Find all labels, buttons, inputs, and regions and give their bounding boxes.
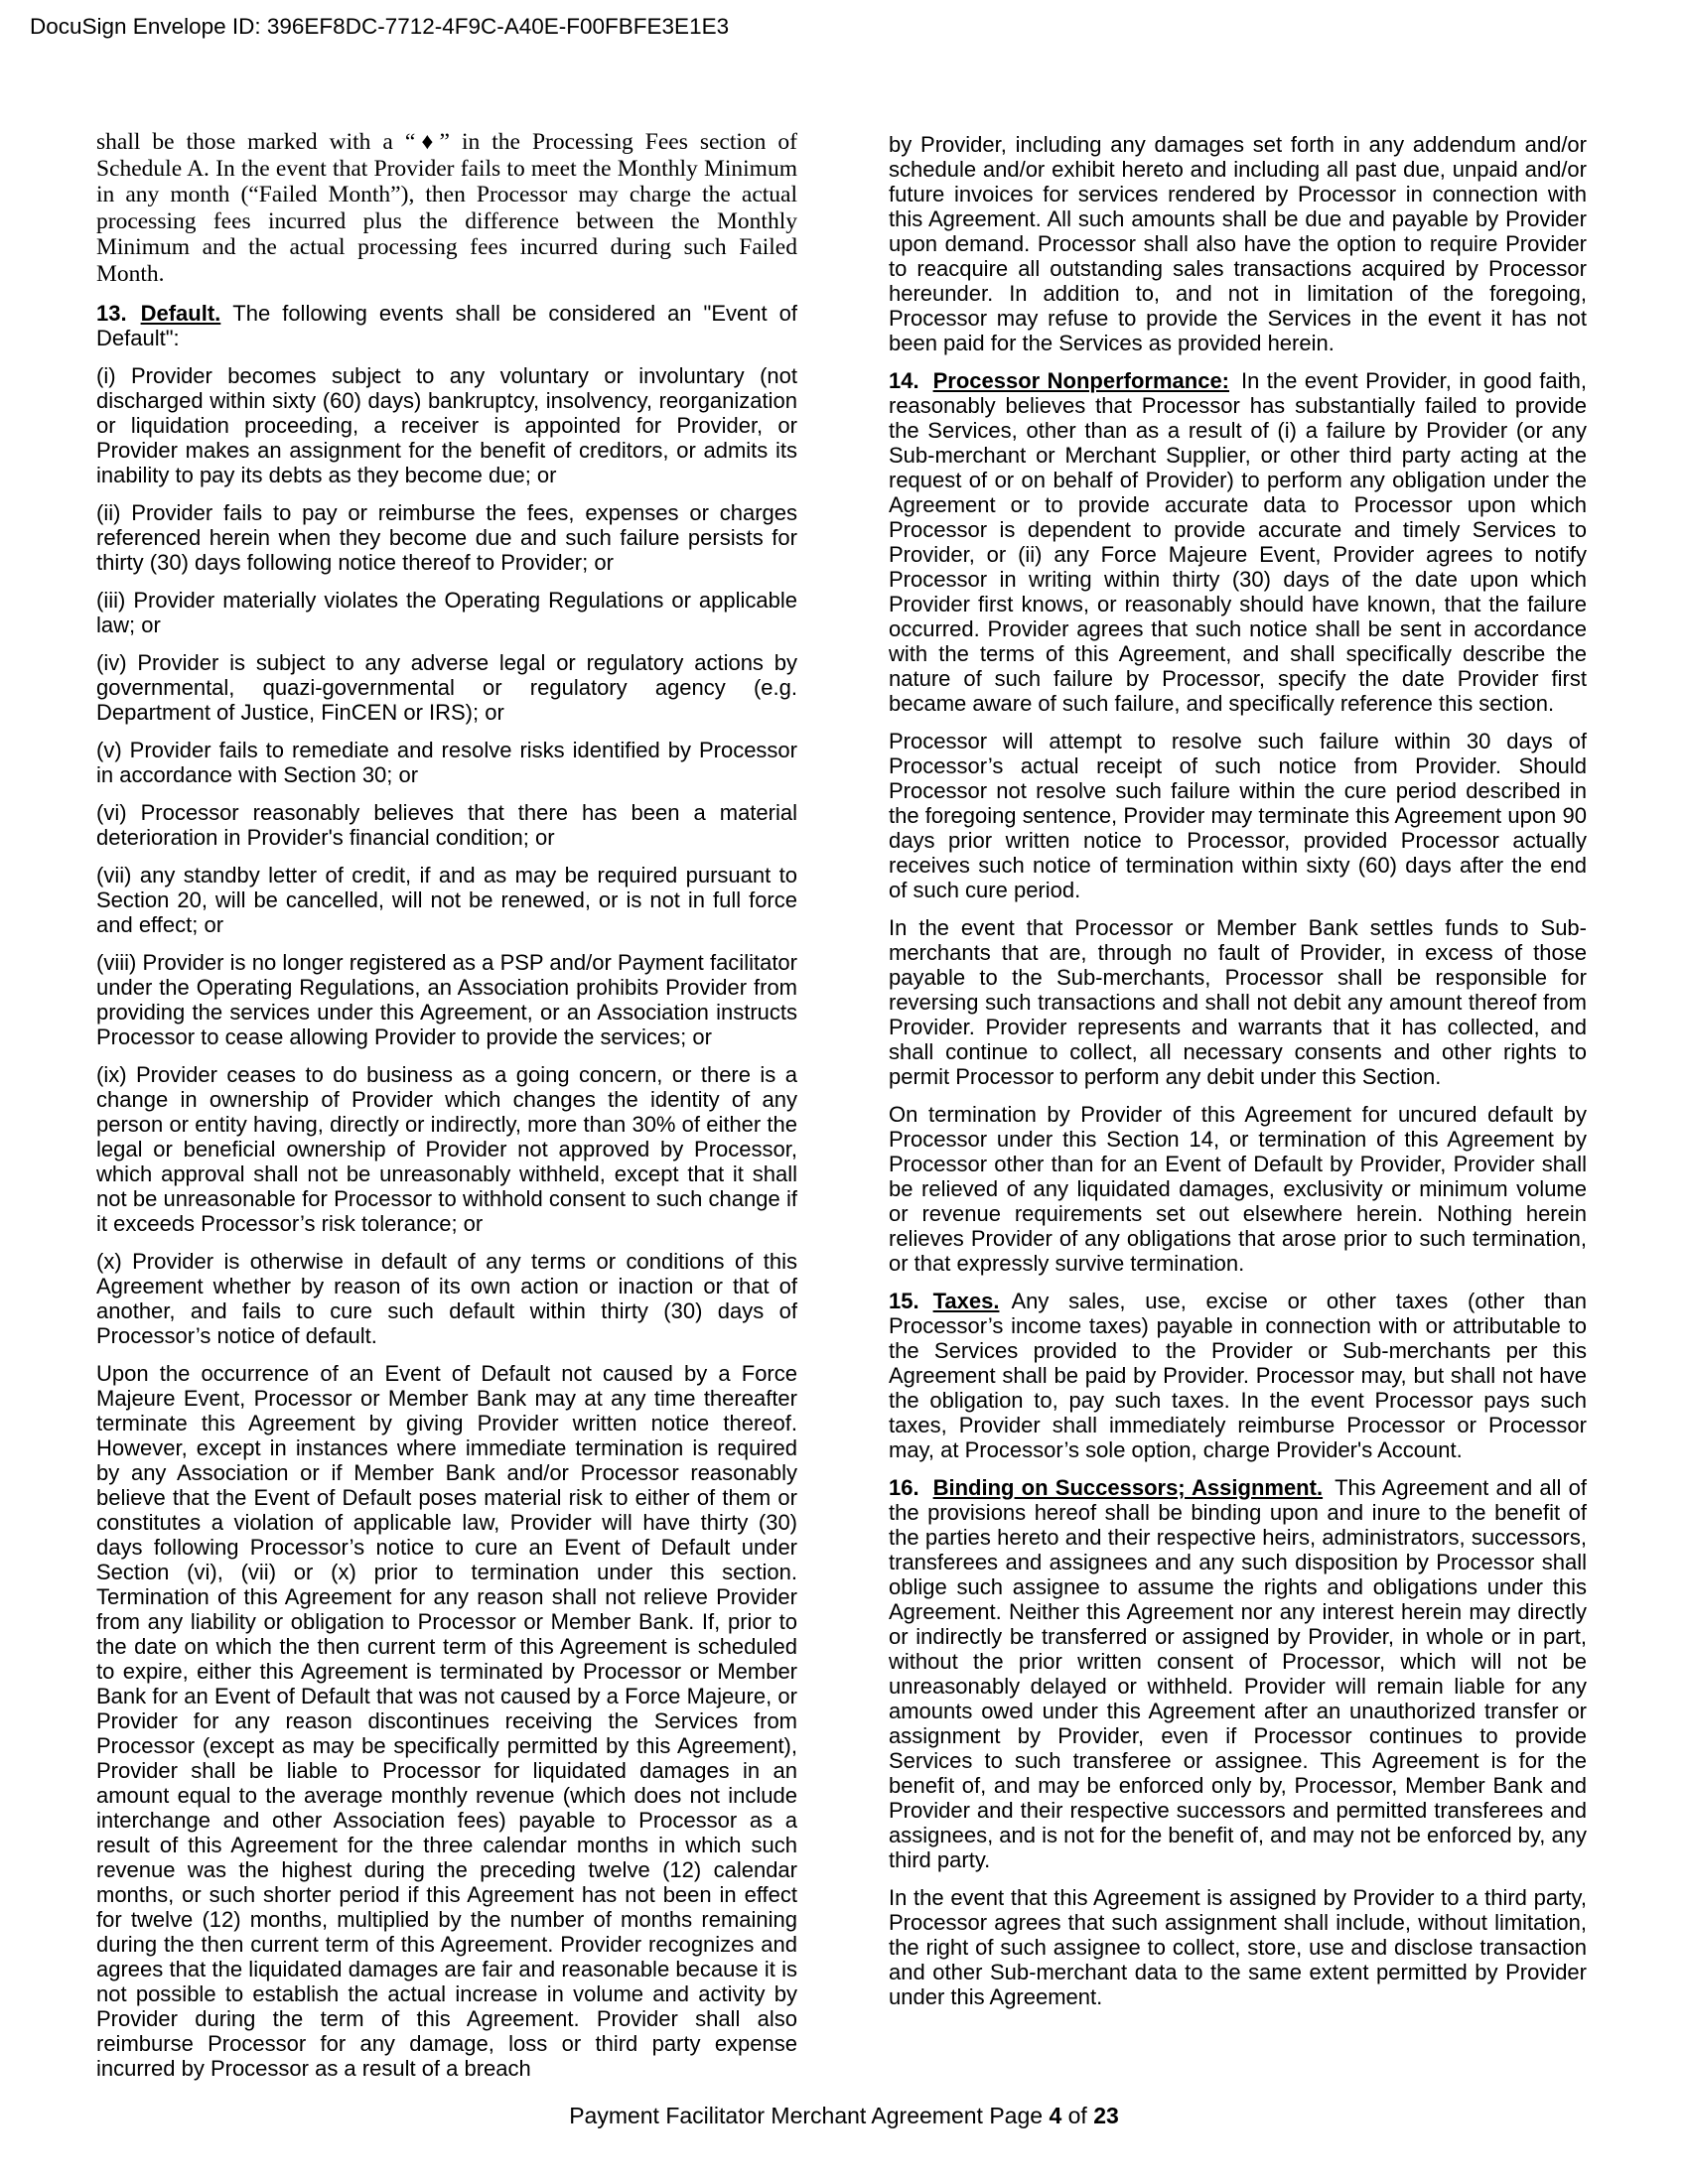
- section-13-heading: 13.Default.The following events shall be…: [96, 301, 797, 350]
- item-label: (viii): [96, 950, 136, 975]
- item-text: Provider is no longer registered as a PS…: [96, 950, 797, 1049]
- section-14-text: In the event Provider, in good faith, re…: [889, 368, 1587, 716]
- default-item-iii: (iii) Provider materially violates the O…: [96, 588, 797, 637]
- section-14-heading: 14.Processor Nonperformance:In the event…: [889, 368, 1587, 716]
- section-16-text: This Agreement and all of the provisions…: [889, 1475, 1587, 1872]
- item-text: any standby letter of credit, if and as …: [96, 863, 797, 937]
- item-label: (vi): [96, 800, 127, 825]
- section-13-title: Default.: [141, 301, 221, 326]
- item-text: Provider fails to remediate and resolve …: [96, 738, 797, 787]
- item-label: (v): [96, 738, 122, 762]
- page-footer: Payment Facilitator Merchant Agreement P…: [0, 2103, 1688, 2128]
- default-item-vii: (vii) any standby letter of credit, if a…: [96, 863, 797, 937]
- default-item-viii: (viii) Provider is no longer registered …: [96, 950, 797, 1049]
- paragraph-cure: Processor will attempt to resolve such f…: [889, 729, 1587, 902]
- section-14-number: 14.: [889, 368, 919, 393]
- item-text: Provider is subject to any adverse legal…: [96, 650, 797, 725]
- section-14-title: Processor Nonperformance:: [933, 368, 1229, 393]
- item-label: (ix): [96, 1062, 127, 1087]
- item-text: Provider fails to pay or reimburse the f…: [96, 500, 797, 575]
- section-15-number: 15.: [889, 1289, 919, 1313]
- continuation-paragraph: by Provider, including any damages set f…: [889, 132, 1587, 355]
- item-label: (ii): [96, 500, 120, 525]
- item-text: Provider ceases to do business as a goin…: [96, 1062, 797, 1236]
- section-15-title: Taxes.: [933, 1289, 1000, 1313]
- default-item-iv: (iv) Provider is subject to any adverse …: [96, 650, 797, 725]
- docusign-envelope-id: DocuSign Envelope ID: 396EF8DC-7712-4F9C…: [30, 14, 729, 40]
- item-label: (iii): [96, 588, 125, 613]
- item-label: (vii): [96, 863, 131, 887]
- section-16-title: Binding on Successors; Assignment.: [933, 1475, 1323, 1500]
- default-item-x: (x) Provider is otherwise in default of …: [96, 1249, 797, 1348]
- section-15-text: Any sales, use, excise or other taxes (o…: [889, 1289, 1587, 1462]
- section-15-heading: 15.Taxes.Any sales, use, excise or other…: [889, 1289, 1587, 1462]
- item-label: (i): [96, 363, 116, 388]
- default-item-vi: (vi) Processor reasonably believes that …: [96, 800, 797, 850]
- item-text: Provider becomes subject to any voluntar…: [96, 363, 797, 487]
- default-item-v: (v) Provider fails to remediate and reso…: [96, 738, 797, 787]
- default-item-ii: (ii) Provider fails to pay or reimburse …: [96, 500, 797, 575]
- footer-page-total: 23: [1093, 2103, 1119, 2128]
- right-column: by Provider, including any damages set f…: [889, 132, 1587, 2022]
- item-text: Processor reasonably believes that there…: [96, 800, 797, 850]
- left-column: shall be those marked with a “♦” in the …: [96, 129, 797, 2094]
- footer-page-number: 4: [1049, 2103, 1061, 2128]
- item-text: Provider is otherwise in default of any …: [96, 1249, 797, 1348]
- default-closing-paragraph: Upon the occurrence of an Event of Defau…: [96, 1361, 797, 2081]
- paragraph-termination-relief: On termination by Provider of this Agree…: [889, 1102, 1587, 1276]
- item-label: (x): [96, 1249, 122, 1274]
- section-16-number: 16.: [889, 1475, 919, 1500]
- section-13-number: 13.: [96, 301, 127, 326]
- footer-title: Payment Facilitator Merchant Agreement P…: [569, 2103, 1049, 2128]
- intro-paragraph: shall be those marked with a “♦” in the …: [96, 129, 797, 288]
- paragraph-assignment: In the event that this Agreement is assi…: [889, 1885, 1587, 2009]
- document-page: DocuSign Envelope ID: 396EF8DC-7712-4F9C…: [0, 0, 1688, 2184]
- section-16-heading: 16.Binding on Successors; Assignment.Thi…: [889, 1475, 1587, 1872]
- default-item-ix: (ix) Provider ceases to do business as a…: [96, 1062, 797, 1236]
- footer-of: of: [1061, 2103, 1093, 2128]
- item-label: (iv): [96, 650, 127, 675]
- item-text: Provider materially violates the Operati…: [96, 588, 797, 637]
- default-item-i: (i) Provider becomes subject to any volu…: [96, 363, 797, 487]
- paragraph-settlement: In the event that Processor or Member Ba…: [889, 915, 1587, 1089]
